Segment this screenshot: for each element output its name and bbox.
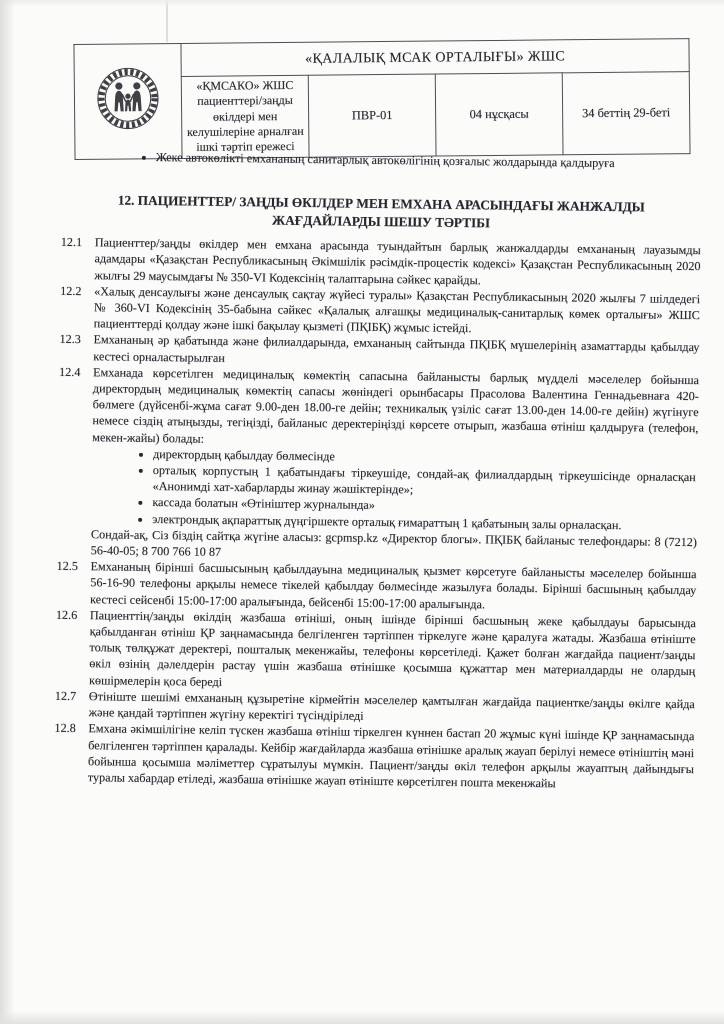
scan-edge-bottom	[0, 1010, 724, 1024]
clause-12-6: 12.6 Пациенттің/заңды өкілдің жазбаша өт…	[55, 607, 696, 696]
clause-number: 12.1	[61, 234, 95, 251]
section-12-heading: 12. ПАЦИЕНТТЕР/ ЗАҢДЫ ӨКІЛДЕР МЕН ЕМХАНА…	[114, 192, 648, 235]
clause-number: 12.8	[54, 720, 88, 737]
logo-cell	[74, 43, 182, 159]
clause-12-4: 12.4 Емханада көрсетілген медициналық кө…	[57, 364, 699, 567]
clause-text: Емхана әкімшілігіне келіп түскен жазбаша…	[88, 720, 695, 793]
organization-title: «ҚАЛАЛЫҚ МСАК ОРТАЛЫҒЫ» ЖШС	[181, 39, 689, 77]
clause-12-2: 12.2 «Халық денсаулығы және денсаулық са…	[60, 283, 701, 340]
clause-text: Емхананың бірінші басшысының қабылдауына…	[90, 558, 697, 615]
clause-text: Пациенттер/заңды өкілдер мен емхана арас…	[94, 234, 701, 291]
clause-number: 12.2	[60, 283, 94, 300]
document-title: «ҚМСАКО» ЖШС пациенттері/заңды өкілдері …	[181, 75, 309, 158]
scan-edge-top	[0, 0, 724, 8]
clause-text: Емханада көрсетілген медициналық көмекті…	[91, 364, 699, 566]
clause-12-5: 12.5 Емхананың бірінші басшысының қабылд…	[56, 558, 697, 615]
clause-12-4-paragraph: Емханада көрсетілген медициналық көмекті…	[92, 364, 699, 453]
scan-edge-left	[0, 0, 16, 1024]
document-body: Жеке автокөлікті емхананың санитарлық ав…	[54, 148, 702, 793]
clinic-family-logo-icon	[96, 67, 161, 137]
clause-number: 12.6	[56, 607, 90, 624]
clause-12-8: 12.8 Емхана әкімшілігіне келіп түскен жа…	[54, 720, 695, 793]
clause-12-1: 12.1 Пациенттер/заңды өкілдер мен емхана…	[60, 234, 701, 291]
clause-text: Пациенттің/заңды өкілдің жазбаша өтініші…	[89, 607, 696, 696]
document-version: 04 нұсқасы	[435, 73, 563, 156]
clause-number: 12.4	[59, 364, 93, 381]
page-number-info: 34 беттің 29-беті	[562, 72, 690, 155]
clause-12-4-bullet-list: директордың қабылдау бөлмесінде орталық …	[137, 446, 698, 534]
clause-number: 12.5	[56, 558, 90, 575]
clause-number: 12.3	[59, 331, 93, 348]
document-code: ПВР-01	[308, 74, 436, 157]
clause-number: 12.7	[55, 688, 89, 705]
clause-text: «Халық денсаулығы және денсаулық сақтау …	[94, 283, 701, 340]
document-header-table: «ҚАЛАЛЫҚ МСАК ОРТАЛЫҒЫ» ЖШС «ҚМСАКО» ЖШС…	[73, 38, 690, 160]
